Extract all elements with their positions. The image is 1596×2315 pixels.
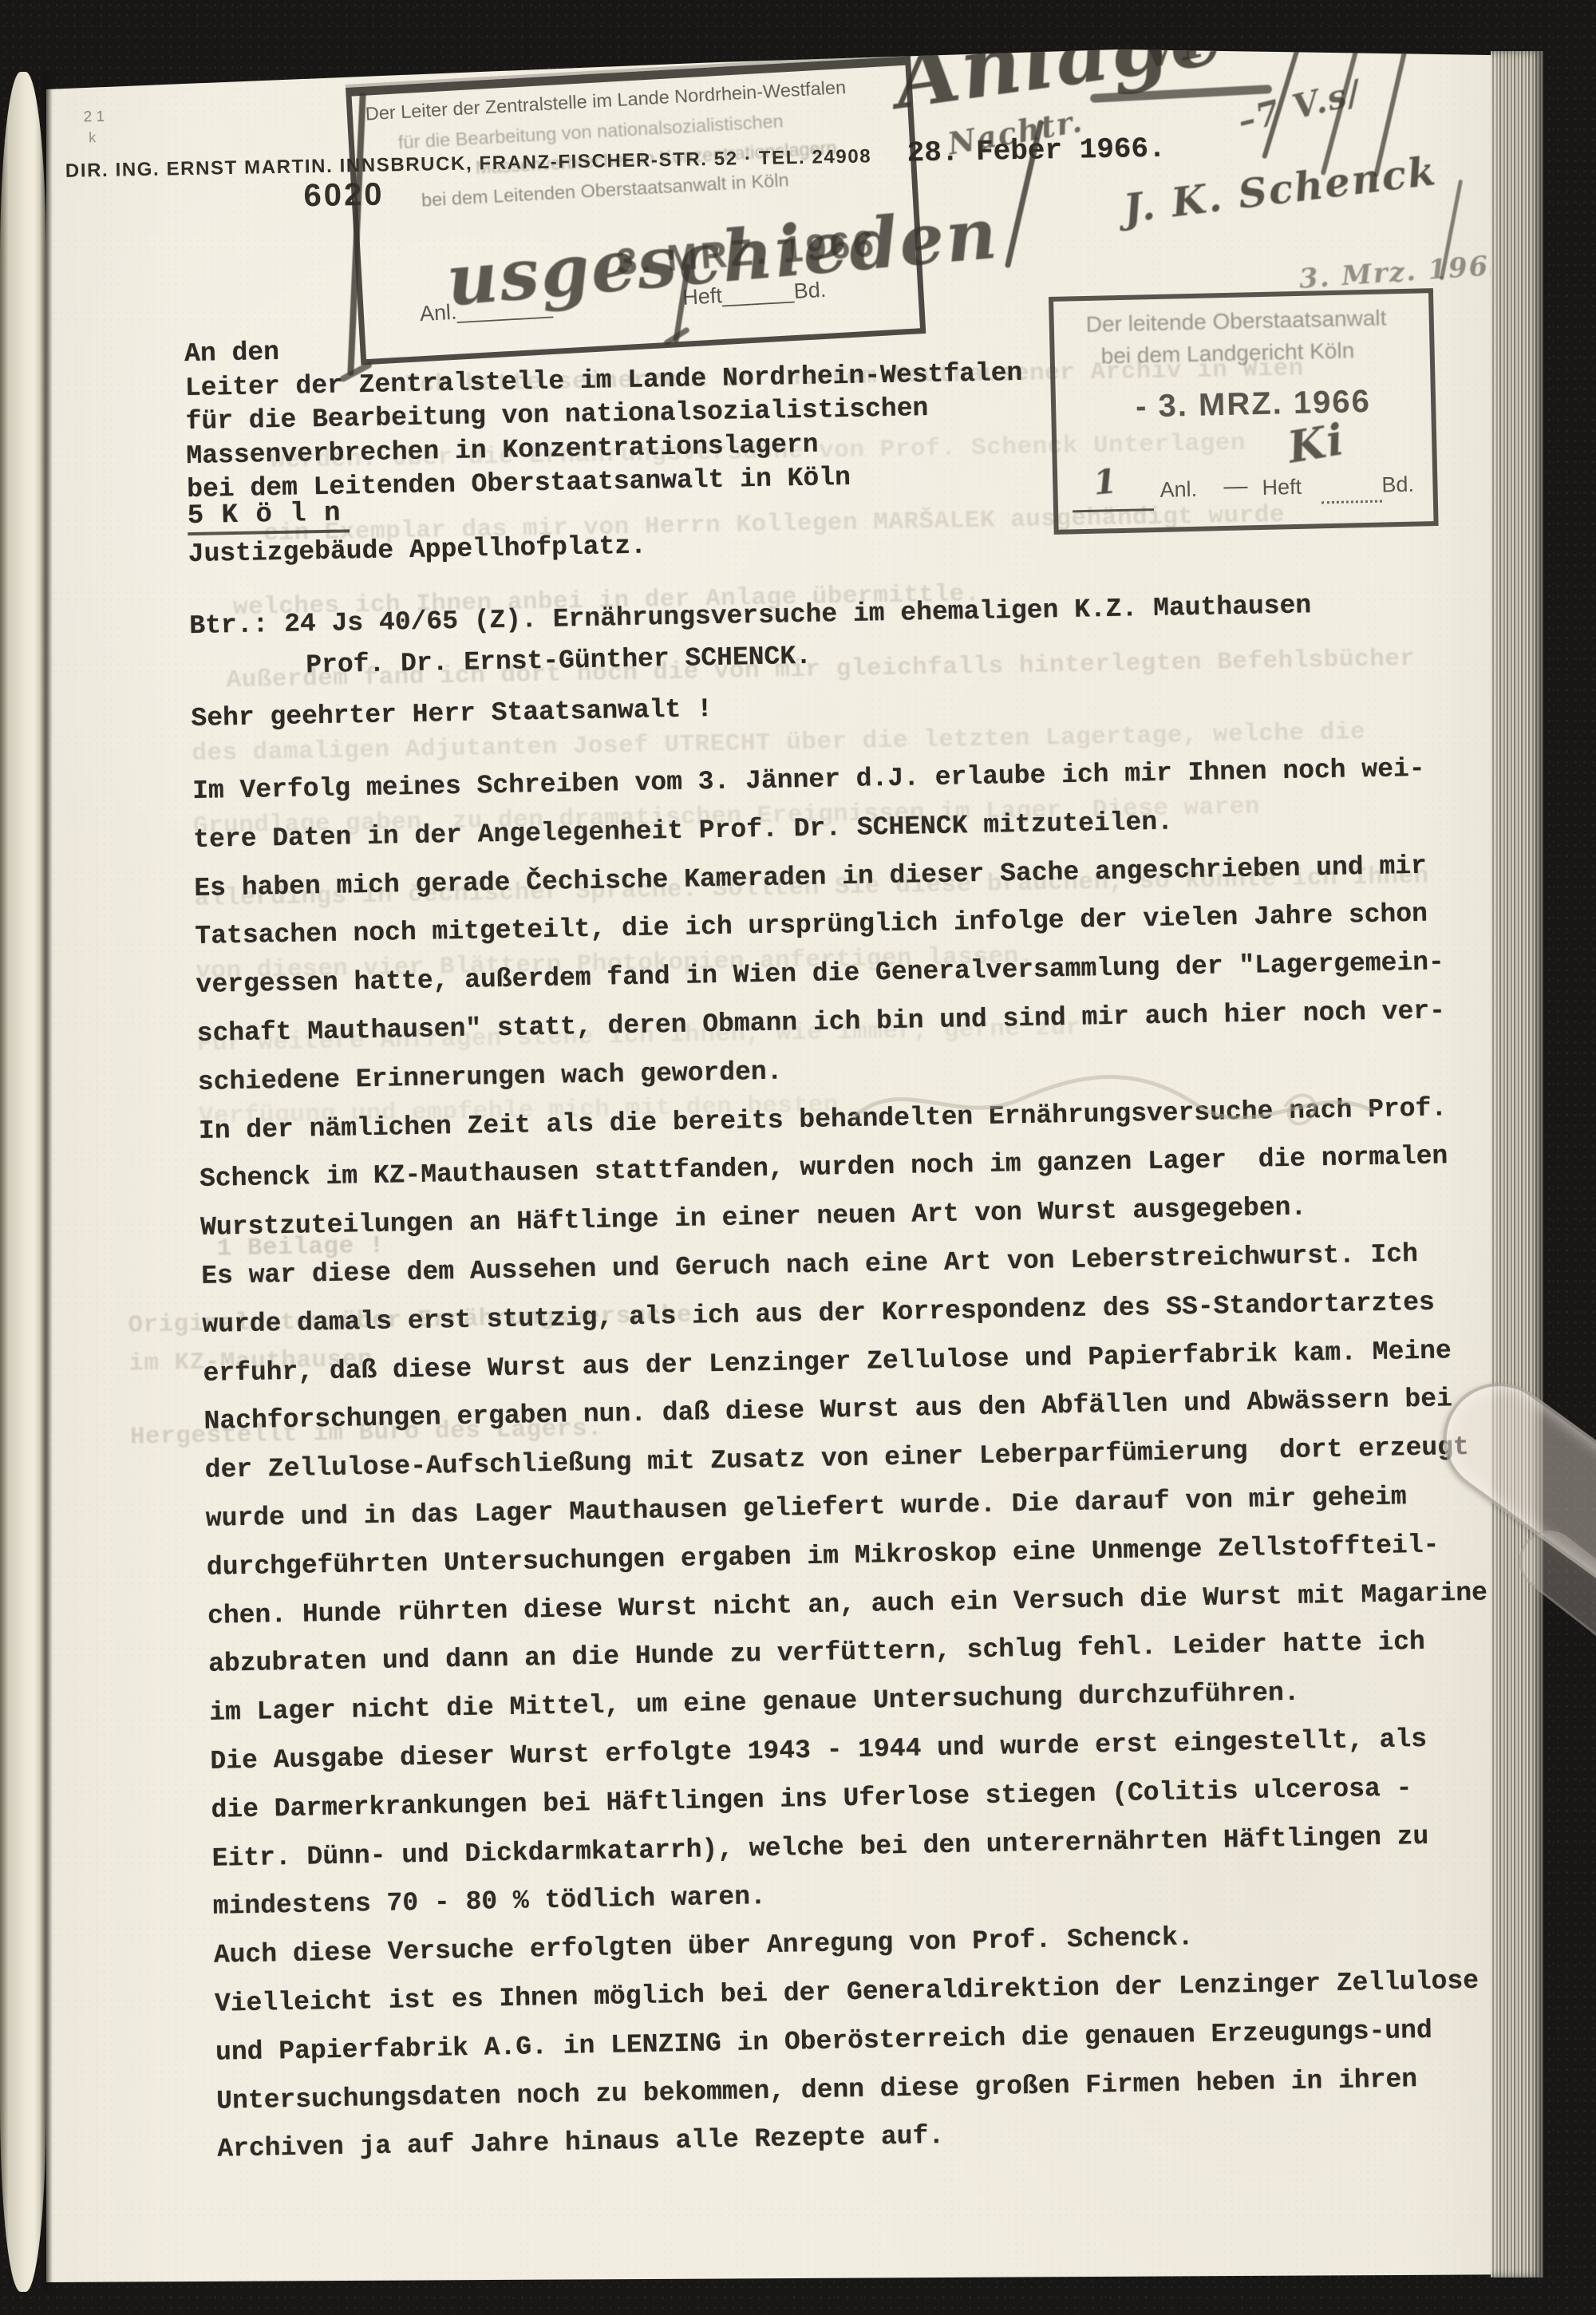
handwritten-note: VI-56/: [1133, 0, 1325, 81]
plastic-clip-lower-arm: [1507, 1519, 1596, 1736]
document-page: Ich hatte seinerzeit in unserem Mauthaus…: [0, 0, 1596, 2315]
page-stack-edge: [1491, 51, 1543, 2277]
handwritten-annotations-layer: AnlageVI-56/Nachtr.–7 V.s/J. K. Schenck3…: [0, 0, 1596, 2315]
handwritten-note: J. K. Schenck: [1120, 147, 1439, 232]
page-gap-shadow: [40, 72, 53, 2292]
handwritten-note: usgeschieden: [443, 192, 1001, 322]
handwritten-note: 3. Mrz. 1965: [1298, 249, 1511, 295]
scanned-document-photo: Ich hatte seinerzeit in unserem Mauthaus…: [0, 0, 1596, 2315]
plastic-page-clip: [1432, 1349, 1596, 1764]
